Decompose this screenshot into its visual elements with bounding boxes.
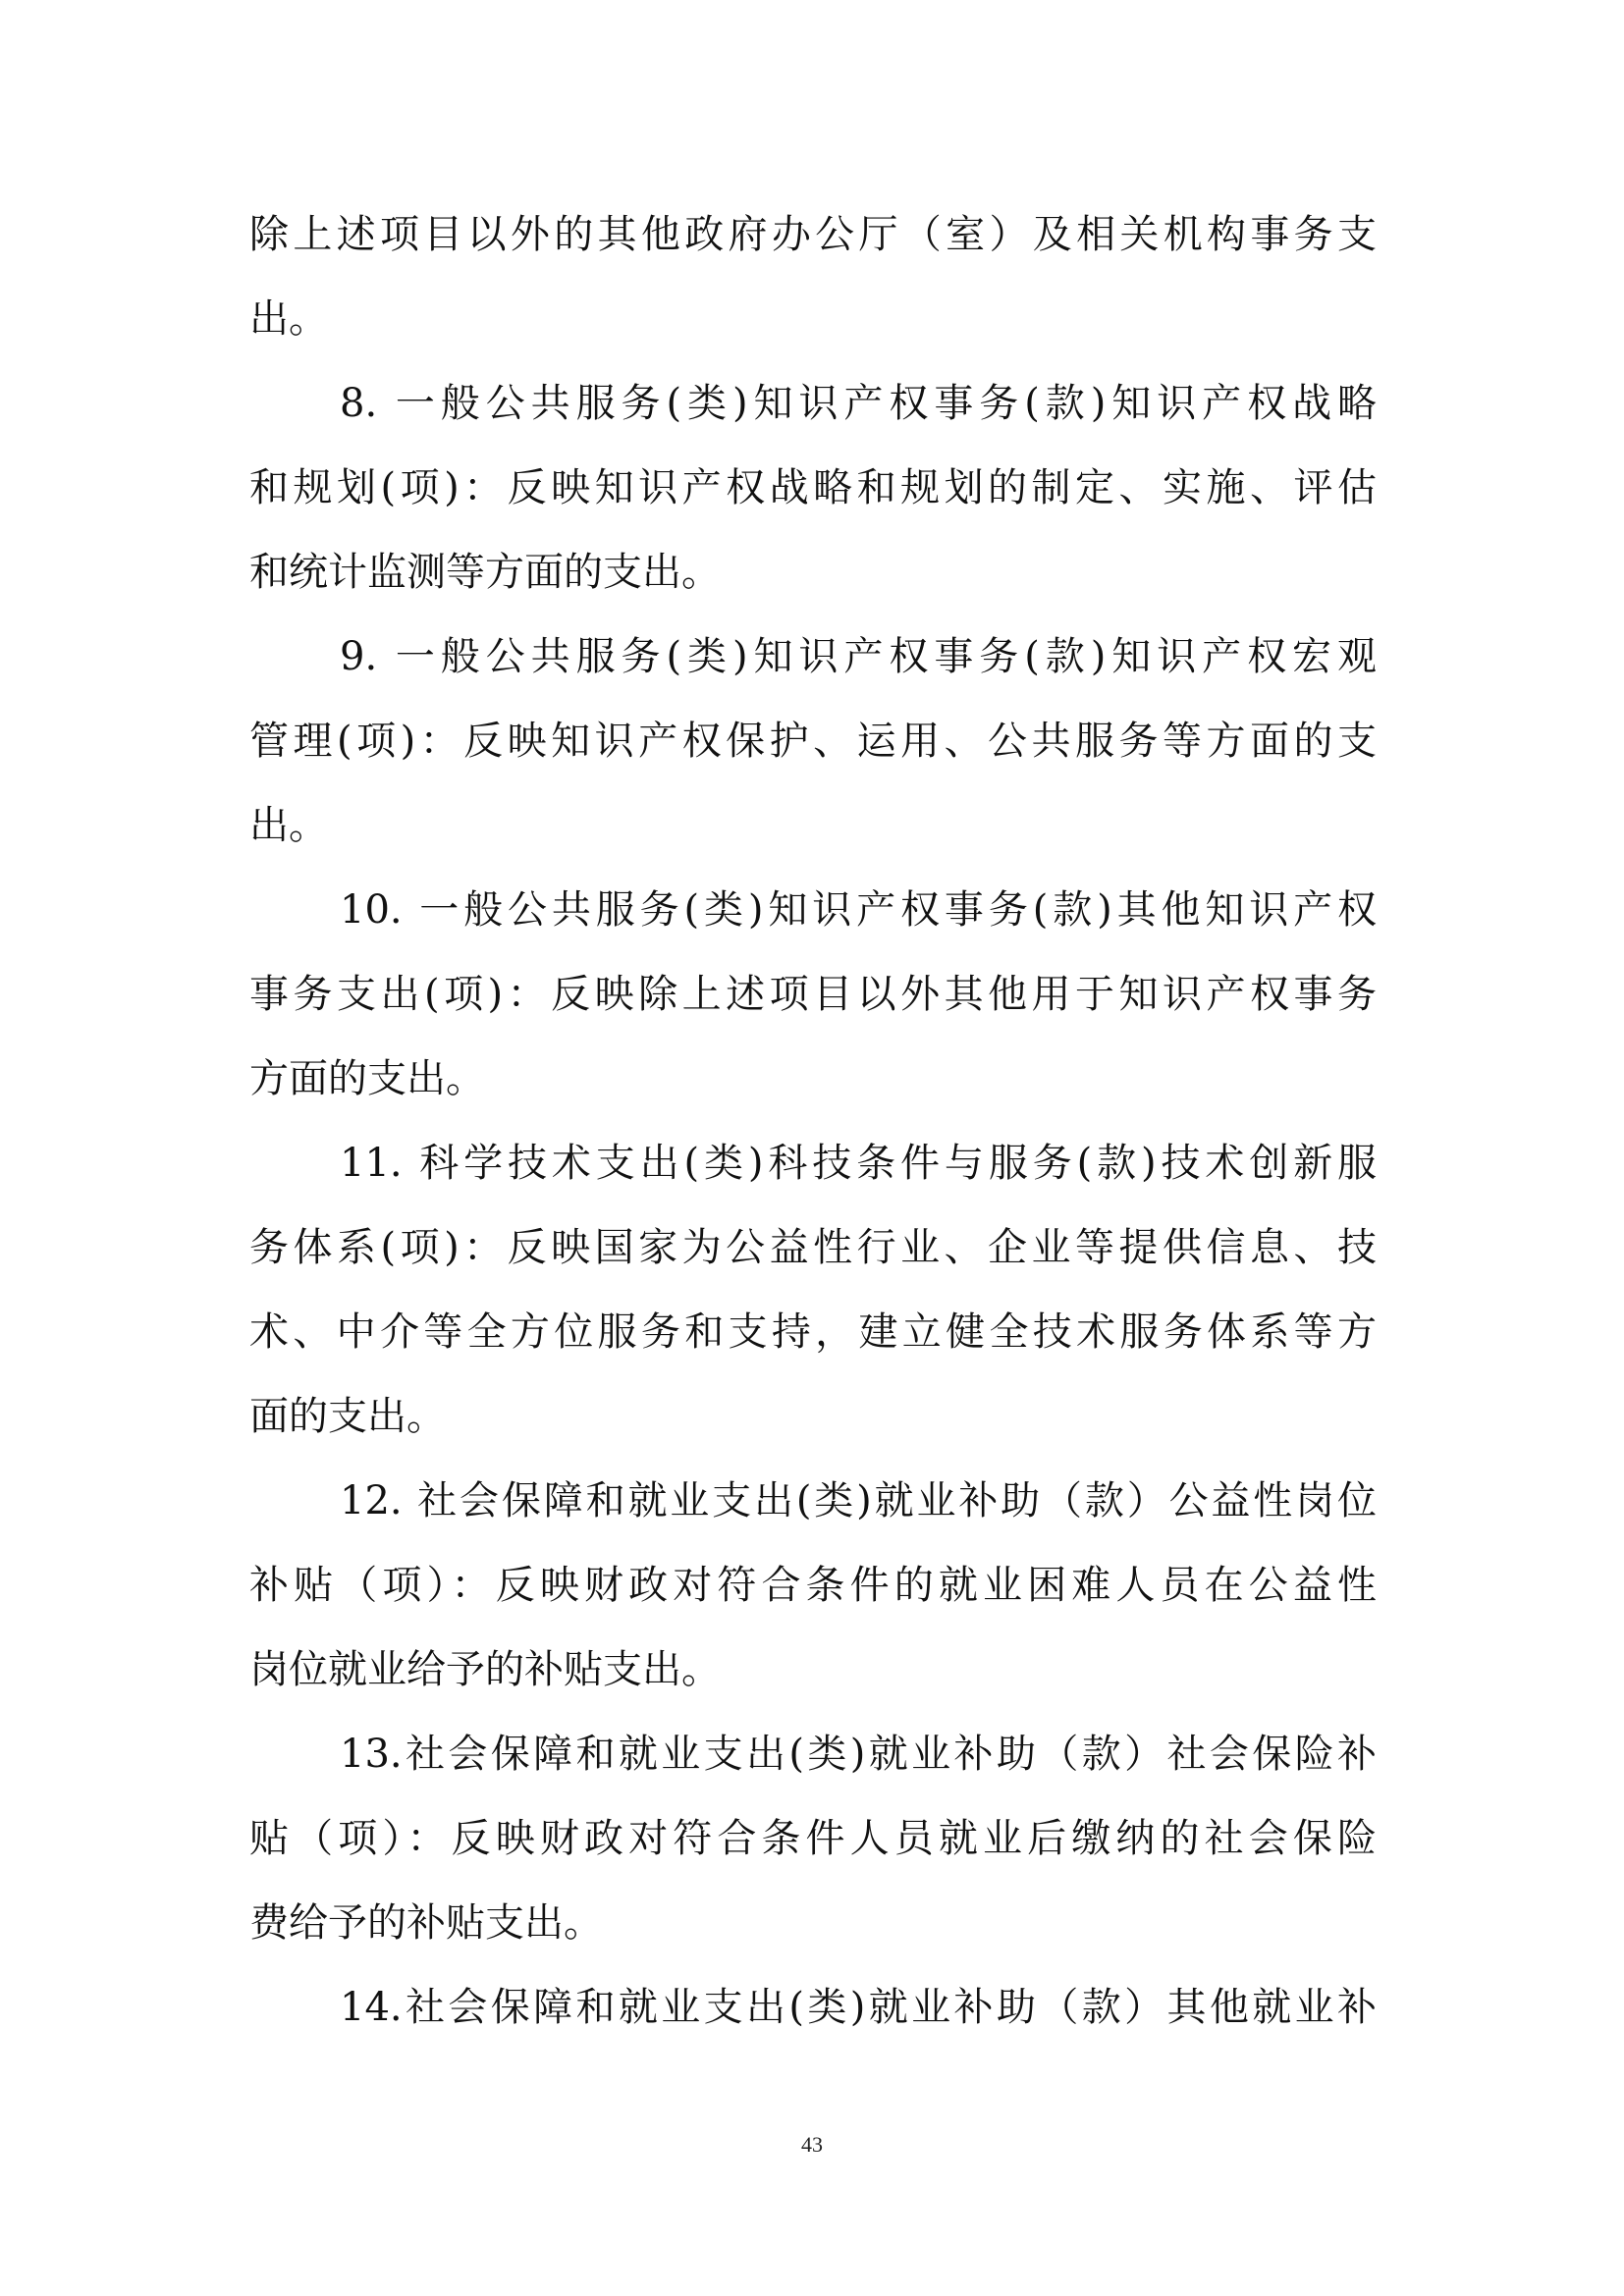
- text-line: 务体系(项)：反映国家为公益性行业、企业等提供信息、技: [249, 1205, 1377, 1290]
- text-line: 方面的支出。: [249, 1037, 1377, 1121]
- text-line: 除上述项目以外的其他政府办公厅（室）及相关机构事务支: [249, 192, 1377, 277]
- text-line: 面的支出。: [249, 1374, 1377, 1459]
- paragraph-item-12: 12. 社会保障和就业支出(类)就业补助（款）公益性岗位: [249, 1459, 1377, 1543]
- text-line: 事务支出(项)：反映除上述项目以外其他用于知识产权事务: [249, 952, 1377, 1037]
- document-page: 除上述项目以外的其他政府办公厅（室）及相关机构事务支 出。 8. 一般公共服务(…: [0, 0, 1624, 2296]
- text-line: 管理(项)：反映知识产权保护、运用、公共服务等方面的支: [249, 699, 1377, 783]
- text-line: 补贴（项）：反映财政对符合条件的就业困难人员在公益性: [249, 1543, 1377, 1628]
- text-line: 岗位就业给予的补贴支出。: [249, 1628, 1377, 1712]
- text-line: 费给予的补贴支出。: [249, 1881, 1377, 1965]
- paragraph-item-8: 8. 一般公共服务(类)知识产权事务(款)知识产权战略: [249, 361, 1377, 446]
- text-line: 出。: [249, 783, 1377, 868]
- text-line: 术、中介等全方位服务和支持，建立健全技术服务体系等方: [249, 1290, 1377, 1374]
- paragraph-item-13: 13.社会保障和就业支出(类)就业补助（款）社会保险补: [249, 1712, 1377, 1796]
- text-line: 出。: [249, 277, 1377, 361]
- text-line: 贴（项）：反映财政对符合条件人员就业后缴纳的社会保险: [249, 1796, 1377, 1881]
- text-line: 和统计监测等方面的支出。: [249, 530, 1377, 614]
- page-number: 43: [0, 2132, 1624, 2158]
- paragraph-item-14: 14.社会保障和就业支出(类)就业补助（款）其他就业补: [249, 1965, 1377, 2050]
- text-line: 和规划(项)：反映知识产权战略和规划的制定、实施、评估: [249, 446, 1377, 530]
- paragraph-item-9: 9. 一般公共服务(类)知识产权事务(款)知识产权宏观: [249, 614, 1377, 699]
- paragraph-item-10: 10. 一般公共服务(类)知识产权事务(款)其他知识产权: [249, 868, 1377, 952]
- paragraph-item-11: 11. 科学技术支出(类)科技条件与服务(款)技术创新服: [249, 1121, 1377, 1205]
- body-text: 除上述项目以外的其他政府办公厅（室）及相关机构事务支 出。 8. 一般公共服务(…: [249, 192, 1377, 2050]
